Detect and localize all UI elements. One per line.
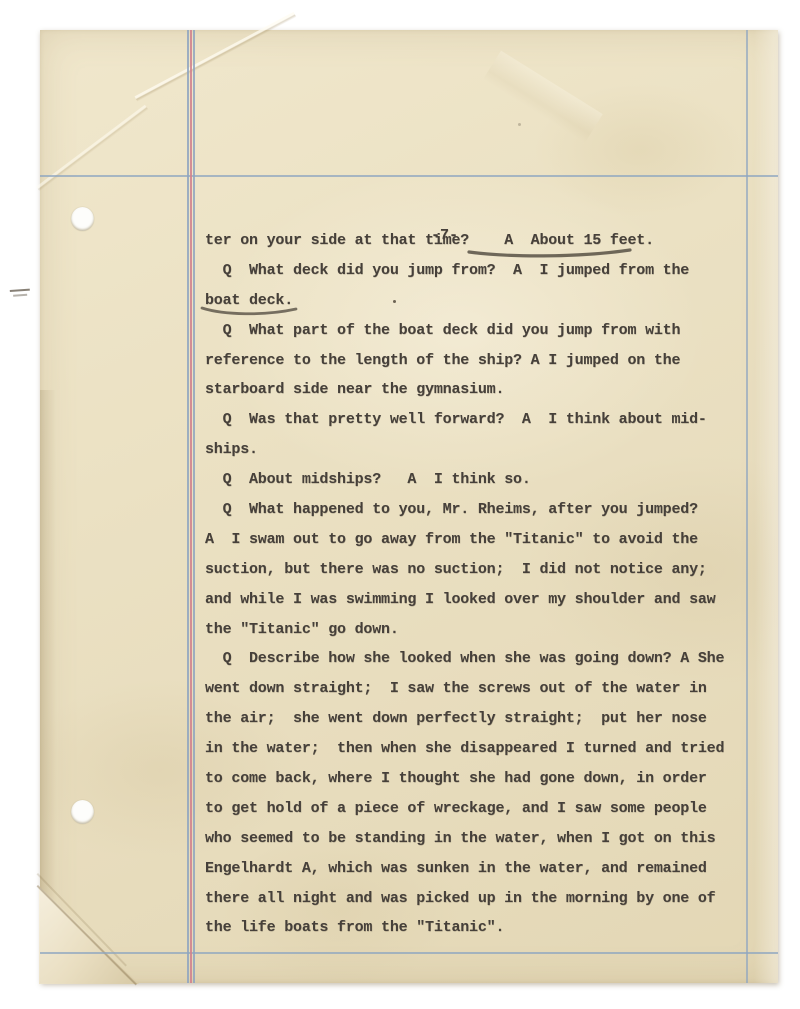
transcript-line: the "Titanic" go down.: [205, 615, 750, 645]
transcript-line: to come back, where I thought she had go…: [205, 764, 750, 794]
transcript-body: ter on your side at that time? A About 1…: [205, 226, 750, 943]
paper-right-edge-highlight: [754, 30, 778, 983]
stray-ink-dot: [393, 300, 396, 303]
transcript-line: Q About midships? A I think so.: [205, 465, 750, 495]
scanned-page-background: -7- ter on your side at that time? A Abo…: [0, 0, 800, 1009]
punch-hole-top: [71, 207, 94, 231]
margin-line-left-blue-outer: [187, 30, 189, 983]
underline-answer-about-15-feet: [466, 246, 636, 262]
transcript-line: Engelhardt A, which was sunken in the wa…: [205, 854, 750, 884]
transcript-line: Q Describe how she looked when she was g…: [205, 644, 750, 674]
transcript-line: starboard side near the gymnasium.: [205, 375, 750, 405]
ruled-line-horizontal-top: [40, 175, 778, 177]
transcript-line: reference to the length of the ship? A I…: [205, 346, 750, 376]
transcript-line: Q What happened to you, Mr. Rheims, afte…: [205, 495, 750, 525]
underline-boat-deck: [199, 304, 301, 320]
transcript-line: the air; she went down perfectly straigh…: [205, 704, 750, 734]
margin-line-left-blue-inner: [193, 30, 195, 983]
transcript-line: and while I was swimming I looked over m…: [205, 585, 750, 615]
transcript-line: suction, but there was no suction; I did…: [205, 555, 750, 585]
paper-crease-top-left: [135, 12, 297, 102]
transcript-line: to get hold of a piece of wreckage, and …: [205, 794, 750, 824]
transcript-line: ships.: [205, 435, 750, 465]
transcript-line: Q What part of the boat deck did you jum…: [205, 316, 750, 346]
transcript-line: Q Was that pretty well forward? A I thin…: [205, 405, 750, 435]
pencil-smudge-left-margin: [10, 287, 39, 299]
transcript-line: who seemed to be standing in the water, …: [205, 824, 750, 854]
faint-smudge-near-page-number: [518, 123, 521, 126]
paper-crease-top-left-lower: [36, 105, 148, 192]
punch-hole-bottom: [71, 800, 94, 824]
transcript-line: A I swam out to go away from the "Titani…: [205, 525, 750, 555]
transcript-line: went down straight; I saw the screws out…: [205, 674, 750, 704]
ruled-line-horizontal-bottom: [40, 952, 778, 954]
transcript-line: there all night and was picked up in the…: [205, 884, 750, 914]
transcript-line: the life boats from the "Titanic".: [205, 913, 750, 943]
margin-line-left-red: [190, 30, 192, 983]
transcript-line: in the water; then when she disappeared …: [205, 734, 750, 764]
paper-crease-top-center: [483, 51, 603, 143]
